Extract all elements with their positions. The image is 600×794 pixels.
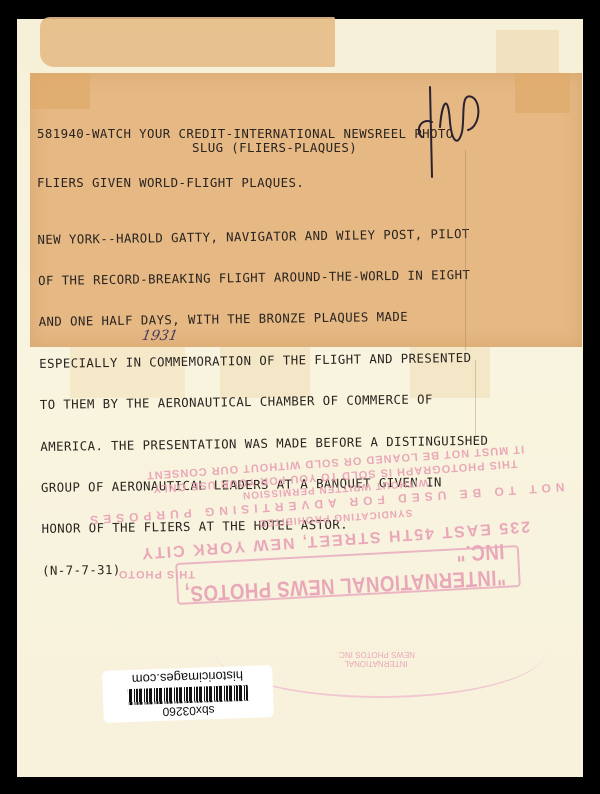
eagle-text: INTERNATIONAL NEWS PHOTOS INC.	[337, 650, 415, 668]
tape-corner	[515, 73, 570, 113]
handwritten-initials-icon	[410, 82, 485, 182]
publisher-stamp: INTERNATIONAL NEWS PHOTOS INC. "INTERNAT…	[105, 418, 565, 708]
caption-header: 581940-WATCH YOUR CREDIT-INTERNATIONAL N…	[37, 127, 454, 140]
caption-line: OF THE RECORD-BREAKING FLIGHT AROUND-THE…	[38, 268, 486, 288]
caption-line: ESPECIALLY IN COMMEMORATION OF THE FLIGH…	[39, 350, 487, 370]
stamp-this-photo: THIS PHOTO	[118, 568, 195, 580]
tape-corner	[30, 73, 90, 109]
handwritten-year: 1931	[141, 328, 179, 344]
archive-label: sbx03260 historicimages.com	[102, 665, 274, 723]
caption-headline: FLIERS GIVEN WORLD-FLIGHT PLAQUES.	[37, 176, 304, 189]
caption-slug: SLUG (FLIERS-PLAQUES)	[192, 141, 357, 154]
caption-line: NEW YORK--HAROLD GATTY, NAVIGATOR AND WI…	[37, 226, 485, 246]
caption-line: TO THEM BY THE AERONAUTICAL CHAMBER OF C…	[40, 392, 488, 412]
tape-top	[40, 17, 335, 67]
caption-line: AND ONE HALF DAYS, WITH THE BRONZE PLAQU…	[39, 309, 487, 329]
crease	[465, 150, 466, 350]
